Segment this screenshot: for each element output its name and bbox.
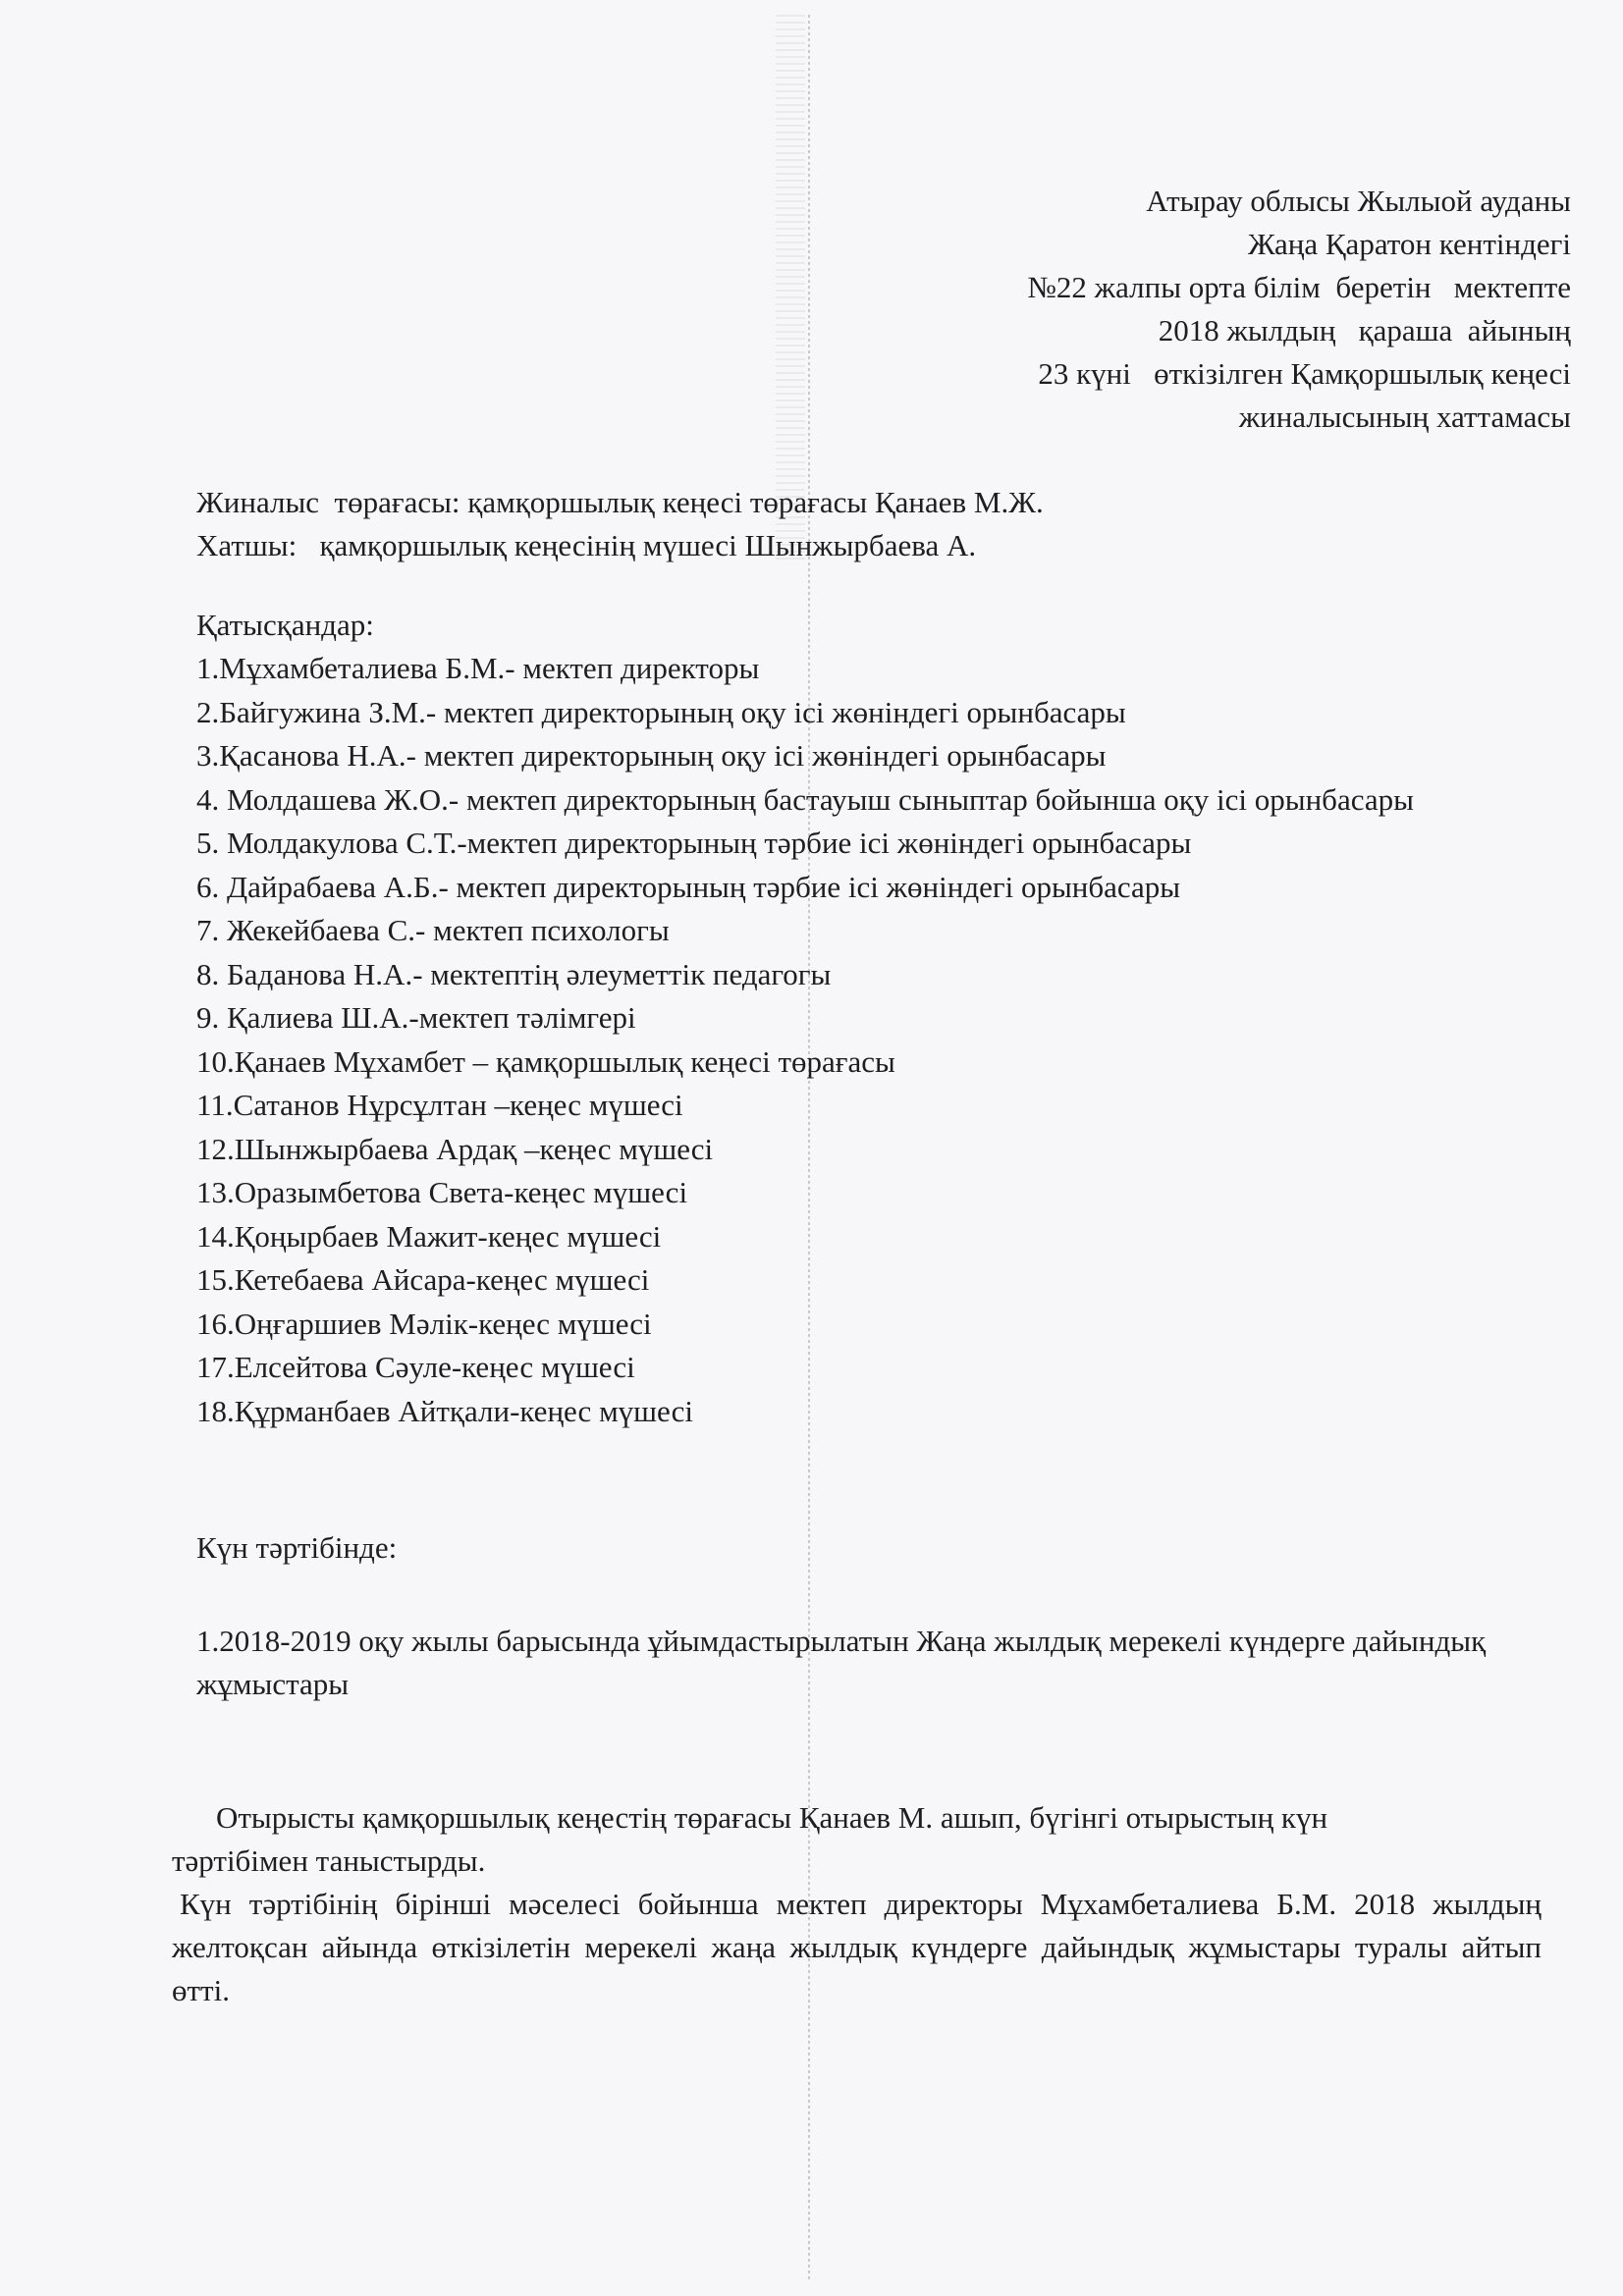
participant-item: 18.Құрманбаев Айтқали-кеңес мүшесі: [196, 1390, 1561, 1434]
meeting-chair: Жиналыс төрағасы: қамқоршылық кеңесі төр…: [196, 481, 1044, 524]
participant-item: 3.Қасанова Н.А.- мектеп директорының оқу…: [196, 734, 1561, 778]
participants-section: Қатысқандар: 1.Мұхамбеталиева Б.М.- мект…: [196, 604, 1561, 1433]
meeting-meta: Жиналыс төрағасы: қамқоршылық кеңесі төр…: [196, 481, 1044, 567]
header-line: Жаңа Қаратон кентіндегі: [1027, 223, 1571, 266]
header-line: Атырау облысы Жылыой ауданы: [1027, 180, 1571, 223]
minutes-paragraph: Отырысты қамқоршылық кеңестің төрағасы Қ…: [172, 1796, 1380, 1883]
header-line: 2018 жылдың қараша айының: [1027, 309, 1571, 352]
header-line: жиналысының хаттамасы: [1027, 396, 1571, 439]
participant-item: 8. Баданова Н.А.- мектептің әлеуметтік п…: [196, 953, 1561, 997]
meeting-secretary: Хатшы: қамқоршылық кеңесінің мүшесі Шынж…: [196, 524, 1044, 567]
agenda-heading: Күн тәртібінде:: [196, 1526, 397, 1570]
participant-item: 14.Қоңырбаев Мажит-кеңес мүшесі: [196, 1215, 1561, 1259]
participant-item: 1.Мұхамбеталиева Б.М.- мектеп директоры: [196, 647, 1561, 691]
participant-item: 12.Шынжырбаева Ардақ –кеңес мүшесі: [196, 1128, 1561, 1172]
participant-item: 16.Оңғаршиев Мәлік-кеңес мүшесі: [196, 1303, 1561, 1347]
participant-item: 17.Елсейтова Сәуле-кеңес мүшесі: [196, 1346, 1561, 1390]
participant-item: 15.Кетебаева Айсара-кеңес мүшесі: [196, 1258, 1561, 1303]
participant-item: 13.Оразымбетова Света-кеңес мүшесі: [196, 1171, 1561, 1215]
participant-item: 7. Жекейбаева С.- мектеп психологы: [196, 909, 1561, 953]
participant-item: 10.Қанаев Мұхамбет – қамқоршылық кеңесі …: [196, 1041, 1561, 1085]
participant-item: 5. Молдакулова С.Т.-мектеп директорының …: [196, 822, 1561, 866]
participant-item: 6. Дайрабаева А.Б.- мектеп директорының …: [196, 866, 1561, 910]
participant-item: 2.Байгужина З.М.- мектеп директорының оқ…: [196, 691, 1561, 735]
document-header: Атырау облысы Жылыой ауданы Жаңа Қаратон…: [1027, 180, 1571, 439]
agenda-item: 1.2018-2019 оқу жылы барысында ұйымдасты…: [196, 1620, 1512, 1706]
participant-item: 11.Сатанов Нұрсұлтан –кеңес мүшесі: [196, 1084, 1561, 1128]
minutes-body: Отырысты қамқоршылық кеңестің төрағасы Қ…: [172, 1796, 1542, 2012]
header-line: №22 жалпы орта білім беретін мектепте: [1027, 266, 1571, 309]
document-page: Атырау облысы Жылыой ауданы Жаңа Қаратон…: [0, 0, 1623, 2296]
participant-item: 9. Қалиева Ш.А.-мектеп тәлімгері: [196, 996, 1561, 1041]
header-line: 23 күні өткізілген Қамқоршылық кеңесі: [1027, 352, 1571, 396]
participants-heading: Қатысқандар:: [196, 604, 1561, 647]
minutes-paragraph: Күн тәртібінің бірінші мәселесі бойынша …: [172, 1883, 1542, 2012]
participant-item: 4. Молдашева Ж.О.- мектеп директорының б…: [196, 778, 1561, 823]
